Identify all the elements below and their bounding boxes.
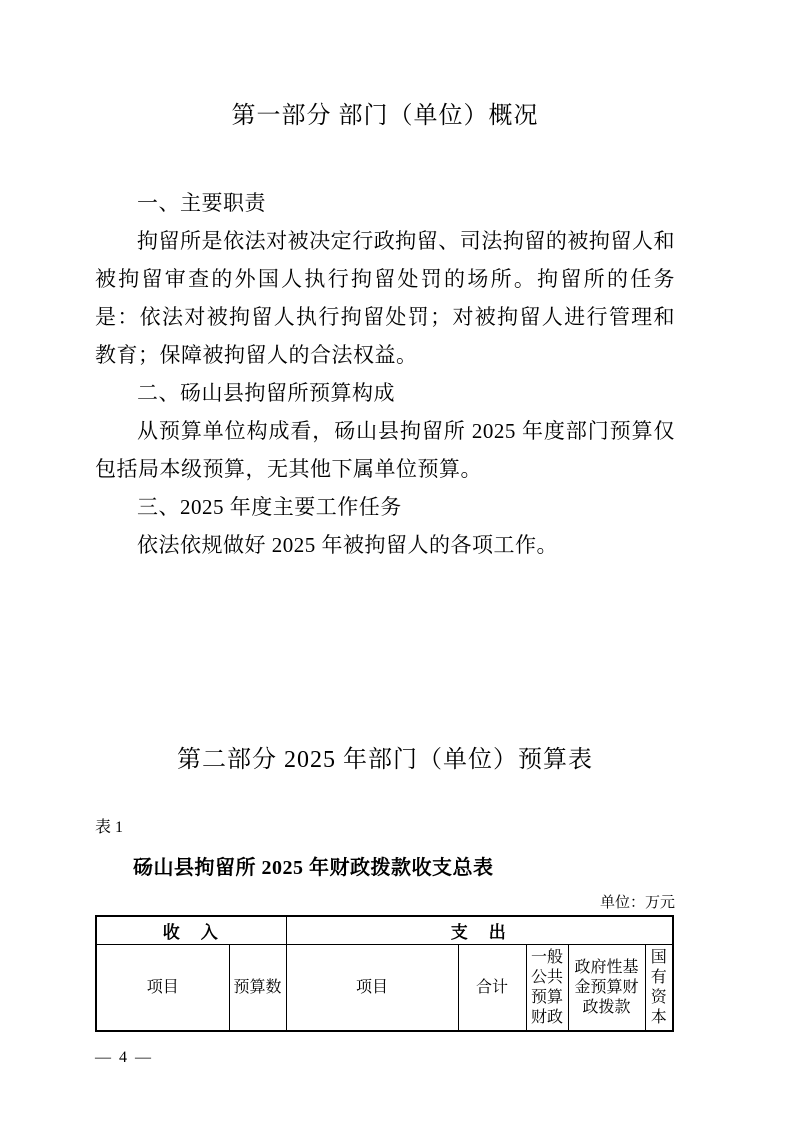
section1-heading: 一、主要职责 [95,184,675,222]
section1-paragraph: 拘留所是依法对被决定行政拘留、司法拘留的被拘留人和被拘留审查的外国人执行拘留处罚… [95,222,675,374]
part1-body: 一、主要职责 拘留所是依法对被决定行政拘留、司法拘留的被拘留人和被拘留审查的外国… [95,184,675,564]
section2-paragraph: 从预算单位构成看，砀山县拘留所 2025 年度部门预算仅包括局本级预算，无其他下… [95,412,675,488]
column-header-total: 合计 [458,945,526,1032]
income-header-cell: 收 入 [96,916,286,945]
table-label: 表 1 [95,818,675,838]
column-header-budget-amount: 预算数 [229,945,286,1032]
table-header-row: 收 入 支 出 [96,916,673,945]
column-header-income-item: 项目 [96,945,229,1032]
column-header-general-public-budget: 一般公共预算财政 [526,945,568,1032]
table-title: 砀山县拘留所 2025 年财政拨款收支总表 [95,856,675,880]
column-header-state-capital: 国有资本 [645,945,673,1032]
page-number: — 4 — [95,1048,153,1068]
unit-note: 单位：万元 [95,895,675,911]
budget-summary-table: 收 入 支 出 项目 预算数 项目 合计 一般公共预算财政 政府性基金预算财政拨… [95,915,674,1032]
section3-paragraph: 依法依规做好 2025 年被拘留人的各项工作。 [95,526,675,564]
part1-title: 第一部分 部门（单位）概况 [95,0,675,132]
document-page: 第一部分 部门（单位）概况 一、主要职责 拘留所是依法对被决定行政拘留、司法拘留… [0,0,793,1122]
part2-title: 第二部分 2025 年部门（单位）预算表 [95,744,675,776]
section3-heading: 三、2025 年度主要工作任务 [95,488,675,526]
column-header-expense-item: 项目 [286,945,458,1032]
expense-header-cell: 支 出 [286,916,673,945]
column-header-government-fund-budget: 政府性基金预算财政拨款 [568,945,645,1032]
section2-heading: 二、砀山县拘留所预算构成 [95,374,675,412]
content-column: 第一部分 部门（单位）概况 一、主要职责 拘留所是依法对被决定行政拘留、司法拘留… [95,0,675,1032]
table-subheader-row: 项目 预算数 项目 合计 一般公共预算财政 政府性基金预算财政拨款 国有资本 [96,945,673,1032]
